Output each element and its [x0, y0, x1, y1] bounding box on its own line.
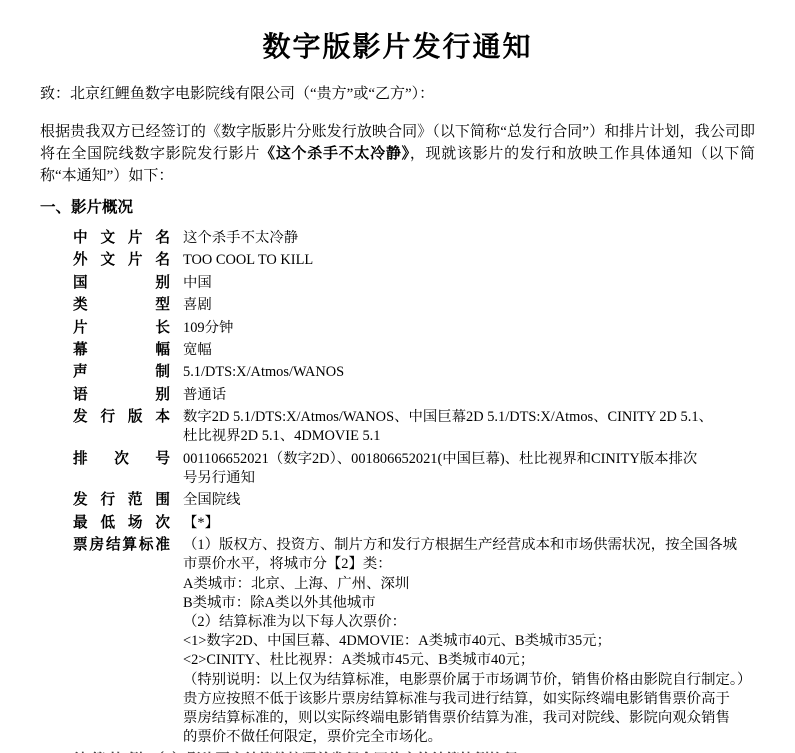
field-value-line: 号另行通知 [183, 469, 755, 488]
field-value: 001106652021（数字2D）、001806652021(中国巨幕)、杜比… [183, 450, 755, 488]
field-label: 外文片名 [73, 251, 170, 270]
field-row: 最低场次【*】 [73, 514, 755, 533]
field-row: 国别中国 [73, 274, 755, 293]
field-value: 喜剧 [183, 296, 755, 315]
field-value-line: <2>CINITY、杜比视界：A类城市45元、B类城市40元； [183, 651, 755, 670]
field-label: 发行范围 [73, 491, 170, 510]
field-value-line: 的票价不做任何限定，票价完全市场化。 [183, 728, 755, 747]
field-row: 片长109分钟 [73, 319, 755, 338]
field-row: 发行版本数字2D 5.1/DTS:X/Atmos/WANOS、中国巨幕2D 5.… [73, 408, 755, 446]
field-value-line: （2）结算标准为以下每人次票价： [183, 613, 755, 632]
field-label: 票房结算标准 [73, 536, 170, 747]
field-value: TOO COOL TO KILL [183, 251, 755, 270]
field-row: 票房结算标准（1）版权方、投资方、制片方和发行方根据生产经营成本和市场供需状况，… [73, 536, 755, 747]
field-row: 中文片名这个杀手不太冷静 [73, 229, 755, 248]
salutation-line: 致：北京红鲤鱼数字电影院线有限公司（“贵方”或“乙方”）： [40, 86, 755, 103]
field-value-line: （特别说明：以上仅为结算标准，电影票价属于市场调节价，销售价格由影院自行制定。） [183, 671, 755, 690]
document-title: 数字版影片发行通知 [40, 30, 755, 64]
field-value: 【*】 [183, 514, 755, 533]
field-value: 中国 [183, 274, 755, 293]
field-value: 数字2D 5.1/DTS:X/Atmos/WANOS、中国巨幕2D 5.1/DT… [183, 408, 755, 446]
film-overview-field-list: 中文片名这个杀手不太冷静外文片名TOO COOL TO KILL国别中国类型喜剧… [73, 229, 755, 747]
clipped-next-row: 结 算 比 例 （1）影片票房结算款按照总发行合同约定的结算比例执行 [73, 748, 765, 753]
field-value: 宽幅 [183, 341, 755, 360]
field-value: 普通话 [183, 386, 755, 405]
section-heading-film-overview: 一、影片概况 [40, 199, 755, 217]
field-value-line: 数字2D 5.1/DTS:X/Atmos/WANOS、中国巨幕2D 5.1/DT… [183, 408, 755, 427]
field-row: 发行范围全国院线 [73, 491, 755, 510]
field-row: 排次号001106652021（数字2D）、001806652021(中国巨幕)… [73, 450, 755, 488]
field-label: 片长 [73, 319, 170, 338]
field-value-line: 001106652021（数字2D）、001806652021(中国巨幕)、杜比… [183, 450, 755, 469]
field-value: 109分钟 [183, 319, 755, 338]
document-page: 数字版影片发行通知 致：北京红鲤鱼数字电影院线有限公司（“贵方”或“乙方”）： … [0, 0, 795, 747]
field-label: 排次号 [73, 450, 170, 488]
field-label: 声制 [73, 363, 170, 382]
field-value: 这个杀手不太冷静 [183, 229, 755, 248]
field-row: 外文片名TOO COOL TO KILL [73, 251, 755, 270]
field-value-line: 市票价水平，将城市分【2】类： [183, 555, 755, 574]
field-value: （1）版权方、投资方、制片方和发行方根据生产经营成本和市场供需状况，按全国各城市… [183, 536, 755, 747]
field-value-line: 贵方应按照不低于该影片票房结算标准与我司进行结算，如实际终端电影销售票价高于 [183, 690, 755, 709]
field-label: 幕幅 [73, 341, 170, 360]
field-label: 语别 [73, 386, 170, 405]
field-value-line: <1>数字2D、中国巨幕、4DMOVIE：A类城市40元、B类城市35元； [183, 632, 755, 651]
field-value-line: （1）版权方、投资方、制片方和发行方根据生产经营成本和市场供需状况，按全国各城 [183, 536, 755, 555]
field-value: 5.1/DTS:X/Atmos/WANOS [183, 363, 755, 382]
field-value: 全国院线 [183, 491, 755, 510]
field-row: 幕幅宽幅 [73, 341, 755, 360]
field-label: 类型 [73, 296, 170, 315]
film-title-bold: 《这个杀手不太冷静》 [260, 146, 410, 162]
field-label: 最低场次 [73, 514, 170, 533]
field-value-line: 票房结算标准的，则以实际终端电影销售票价结算为准，我司对院线、影院向观众销售 [183, 709, 755, 728]
field-label: 国别 [73, 274, 170, 293]
field-row: 声制5.1/DTS:X/Atmos/WANOS [73, 363, 755, 382]
field-value-line: B类城市：除A类以外其他城市 [183, 594, 755, 613]
field-value-line: 杜比视界2D 5.1、4DMOVIE 5.1 [183, 427, 755, 446]
intro-paragraph: 根据贵我双方已经签订的《数字版影片分账发行放映合同》（以下简称“总发行合同”）和… [40, 121, 755, 187]
field-label: 中文片名 [73, 229, 170, 248]
field-label: 发行版本 [73, 408, 170, 446]
field-row: 类型喜剧 [73, 296, 755, 315]
field-value-line: A类城市：北京、上海、广州、深圳 [183, 575, 755, 594]
field-row: 语别普通话 [73, 386, 755, 405]
